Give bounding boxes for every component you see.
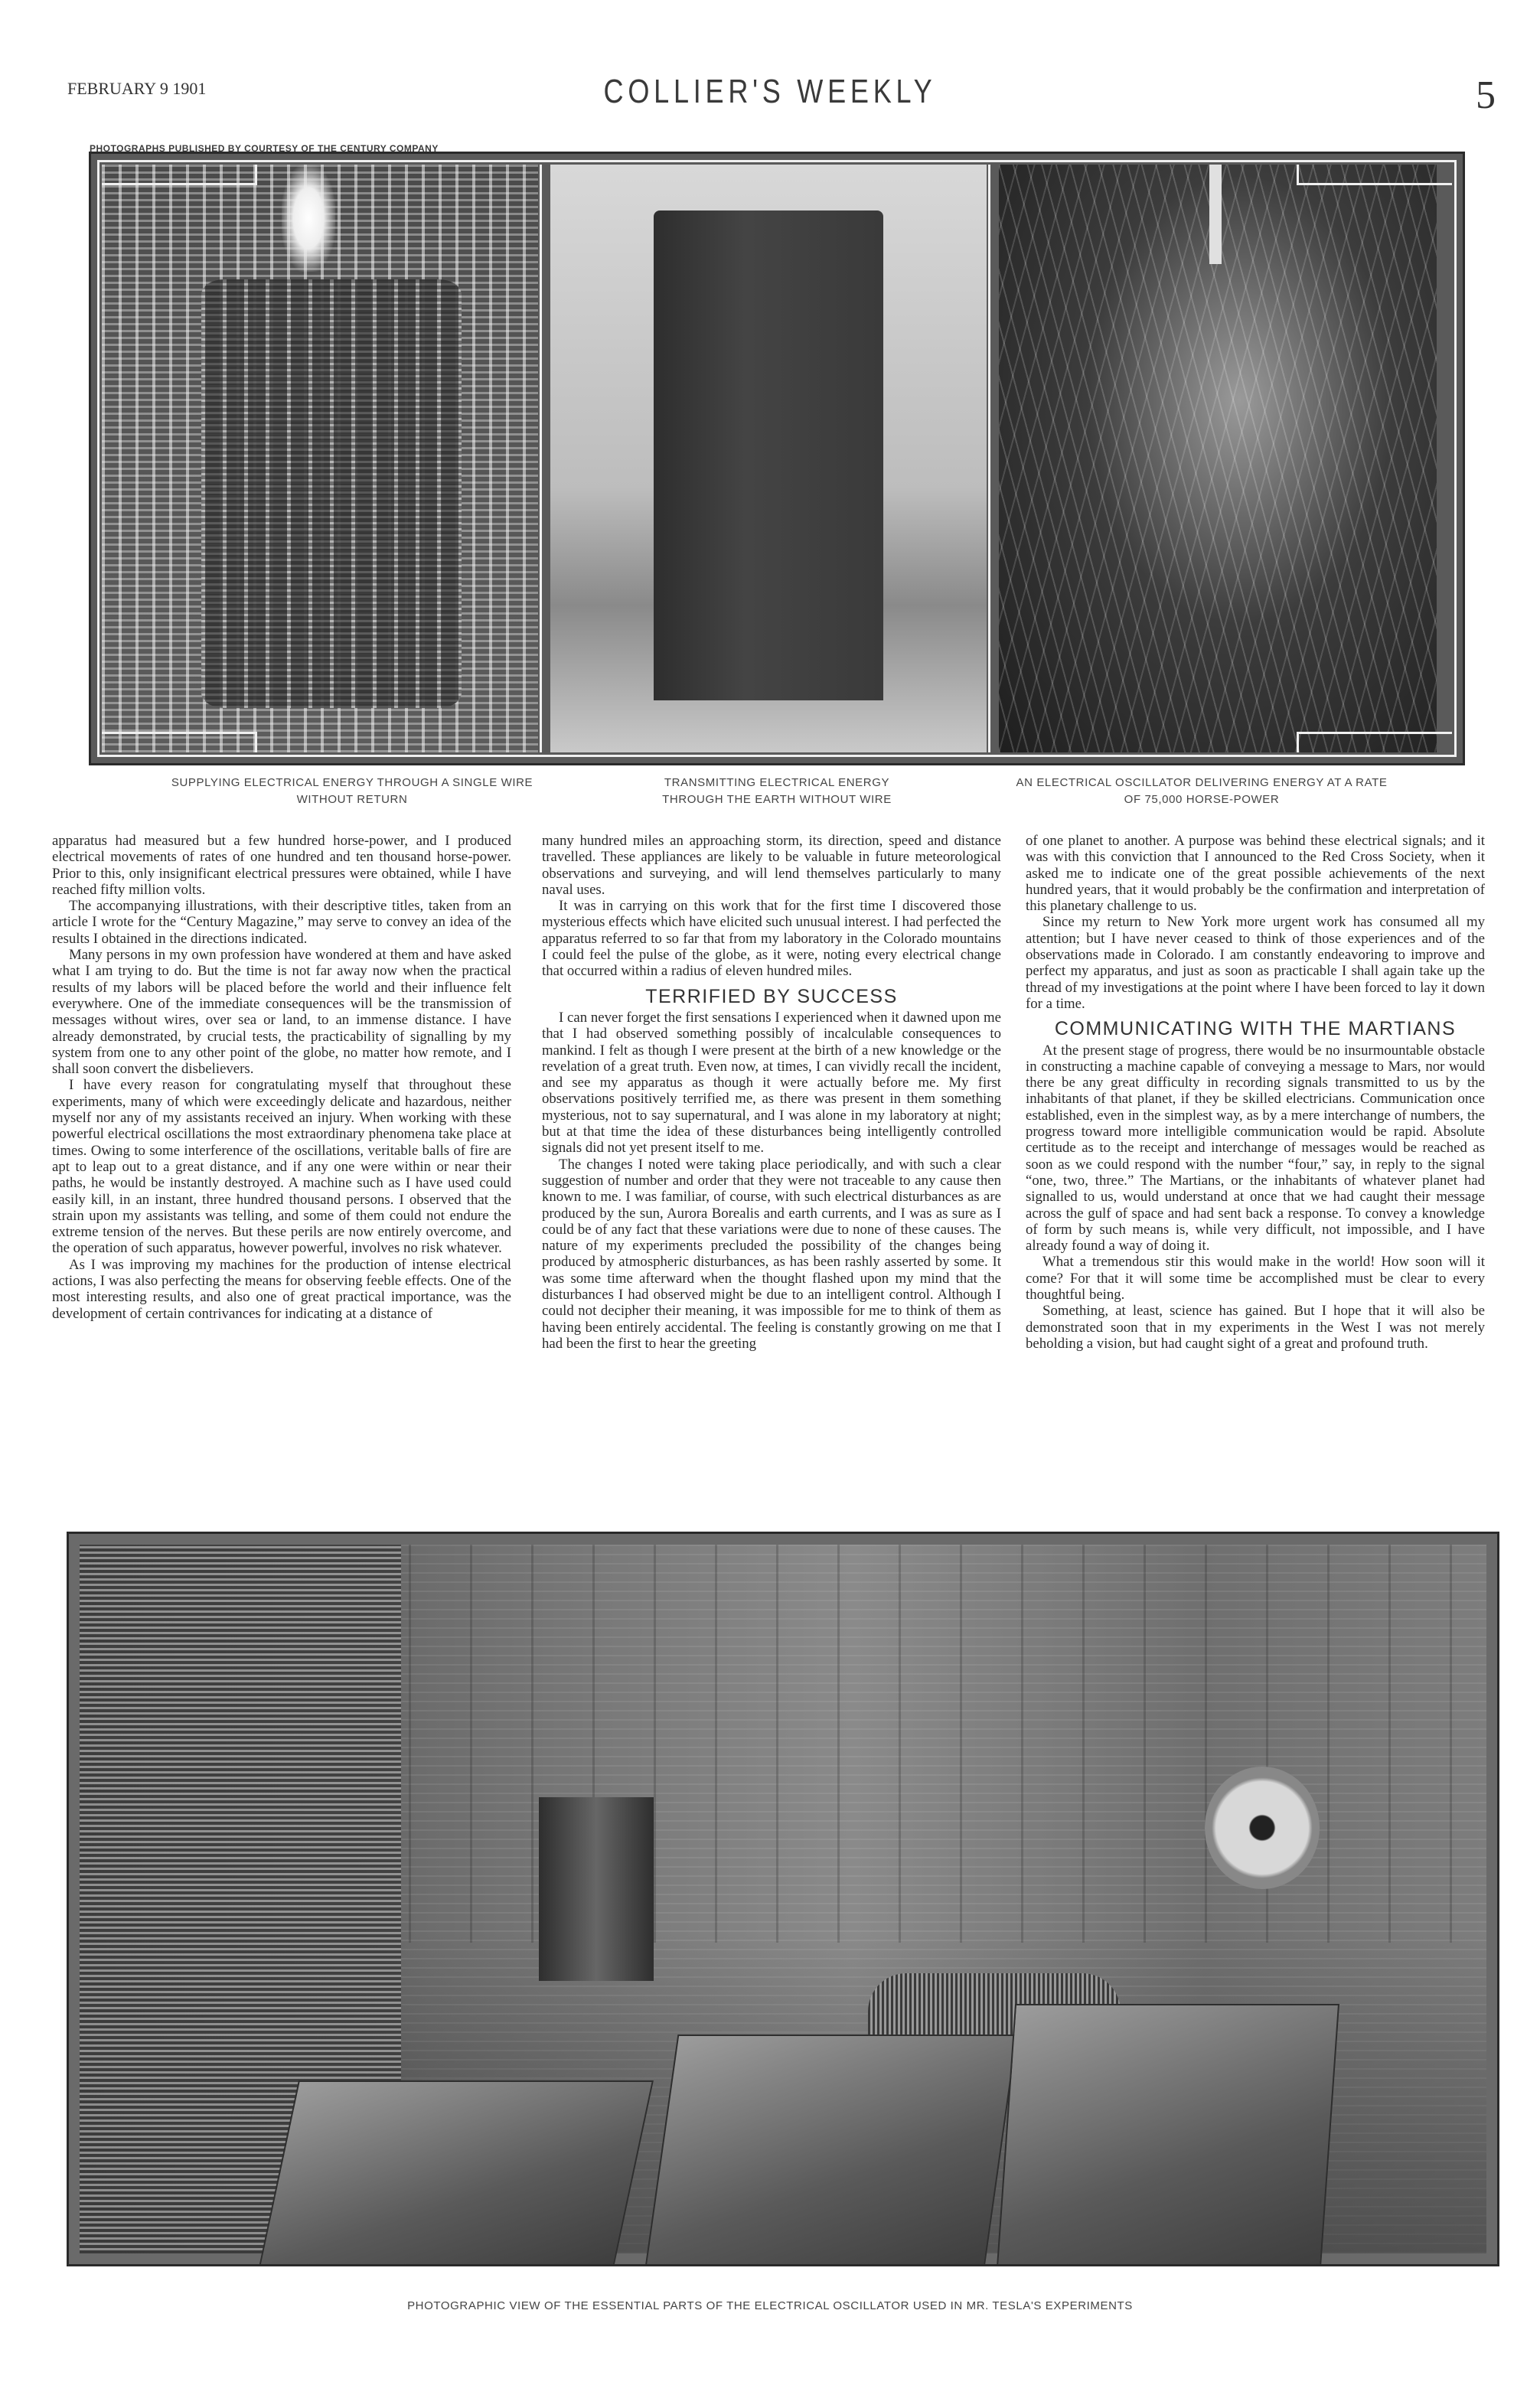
transformer-image <box>539 1797 654 1981</box>
paragraph: The changes I noted were taking place pe… <box>542 1157 1001 1353</box>
caption-line: TRANSMITTING ELECTRICAL ENERGY <box>605 775 949 791</box>
paragraph: At the present stage of progress, there … <box>1026 1043 1485 1255</box>
page-number: 5 <box>1476 73 1496 118</box>
top-photo-captions: SUPPLYING ELECTRICAL ENERGY THROUGH A SI… <box>0 775 1540 813</box>
section-heading-communicating-with-martians: COMMUNICATING WITH THE MARTIANS <box>1026 1021 1485 1037</box>
paragraph: Since my return to New York more urgent … <box>1026 914 1485 1012</box>
paragraph: apparatus had measured but a few hundred… <box>52 833 511 898</box>
paragraph: As I was improving my machines for the p… <box>52 1257 511 1322</box>
article-column-1: apparatus had measured but a few hundred… <box>52 833 511 1322</box>
oscillator-laboratory-image <box>80 1545 1486 2253</box>
caption-line: AN ELECTRICAL OSCILLATOR DELIVERING ENER… <box>964 775 1439 791</box>
paragraph: of one planet to another. A purpose was … <box>1026 833 1485 914</box>
caption-panel-3: AN ELECTRICAL OSCILLATOR DELIVERING ENER… <box>964 775 1439 808</box>
condenser-tank <box>645 2034 1018 2266</box>
photo-electrical-oscillator-sparks <box>999 165 1437 752</box>
oscillator-mast <box>1209 165 1222 264</box>
frame-corner-ornament <box>102 732 257 752</box>
article-body: apparatus had measured but a few hundred… <box>52 833 1491 1460</box>
paragraph: Many persons in my own profession have w… <box>52 947 511 1077</box>
photo-earth-transmission-tower <box>550 165 987 752</box>
frame-corner-ornament <box>1297 165 1452 185</box>
masthead: FEBRUARY 9 1901 COLLIER'S WEEKLY 5 <box>0 73 1540 119</box>
frame-corner-ornament <box>102 165 257 185</box>
caption-panel-1: SUPPLYING ELECTRICAL ENERGY THROUGH A SI… <box>138 775 566 808</box>
caption-line: WITHOUT RETURN <box>138 791 566 808</box>
paragraph: I have every reason for congratulating m… <box>52 1077 511 1256</box>
coil-image <box>201 279 462 708</box>
bottom-photo-caption: PHOTOGRAPHIC VIEW OF THE ESSENTIAL PARTS… <box>0 2299 1540 2312</box>
condenser-tank <box>259 2080 654 2266</box>
top-photograph-triptych <box>89 152 1465 765</box>
paragraph: It was in carrying on this work that for… <box>542 898 1001 979</box>
lamp-glow <box>282 165 335 272</box>
tower-image <box>654 210 883 700</box>
publication-title: COLLIER'S WEEKLY <box>139 73 1401 111</box>
photo-single-wire-coil <box>102 165 538 752</box>
bottom-photograph-oscillator <box>67 1532 1499 2266</box>
article-column-2: many hundred miles an approaching storm,… <box>542 833 1001 1352</box>
paragraph: What a tremendous stir this would make i… <box>1026 1254 1485 1303</box>
caption-line: THROUGH THE EARTH WITHOUT WIRE <box>605 791 949 808</box>
frame-corner-ornament <box>1297 732 1452 752</box>
caption-line: SUPPLYING ELECTRICAL ENERGY THROUGH A SI… <box>138 775 566 791</box>
paragraph: many hundred miles an approaching storm,… <box>542 833 1001 898</box>
article-column-3: of one planet to another. A purpose was … <box>1026 833 1485 1352</box>
section-heading-terrified-by-success: TERRIFIED BY SUCCESS <box>542 989 1001 1005</box>
condenser-tank <box>997 2004 1339 2266</box>
caption-line: OF 75,000 HORSE-POWER <box>964 791 1439 808</box>
reel-disc-image <box>1205 1767 1320 1889</box>
paragraph: I can never forget the first sensations … <box>542 1010 1001 1157</box>
paragraph: Something, at least, science has gained.… <box>1026 1303 1485 1352</box>
caption-panel-2: TRANSMITTING ELECTRICAL ENERGY THROUGH T… <box>605 775 949 808</box>
paragraph: The accompanying illustrations, with the… <box>52 898 511 947</box>
